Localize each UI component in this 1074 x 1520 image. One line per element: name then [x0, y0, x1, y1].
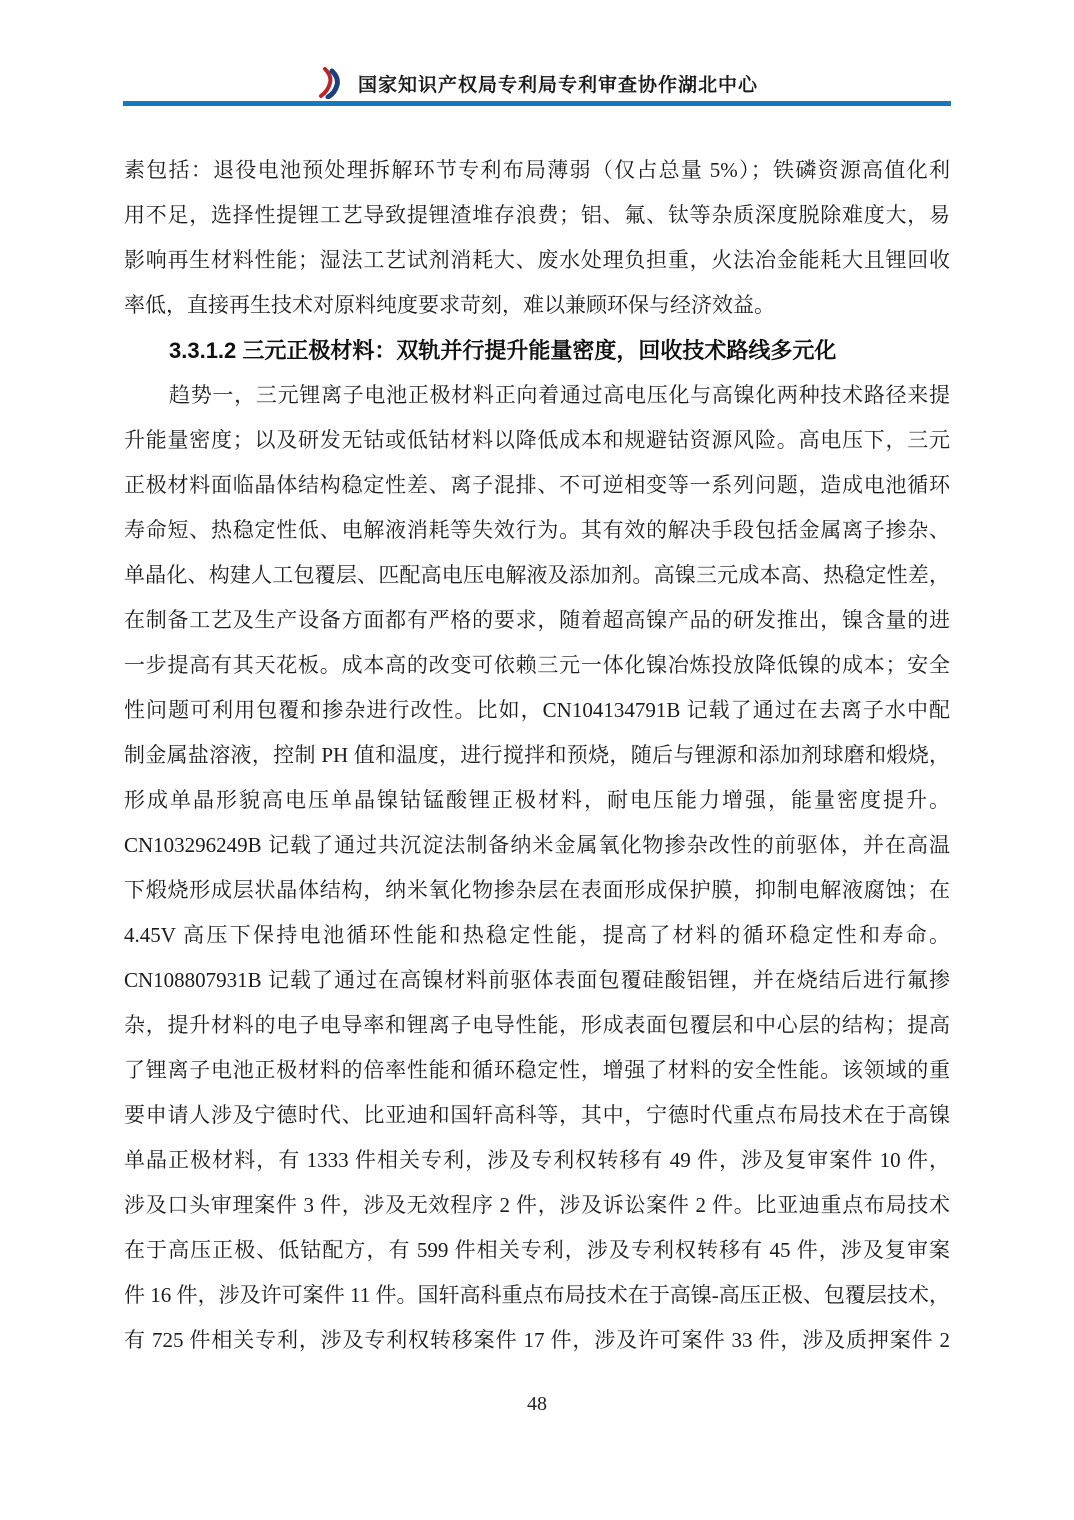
- text-line: 单晶化、构建人工包覆层、匹配高电压电解液及添加剂。高镍三元成本高、热稳定性差，: [124, 553, 950, 598]
- text-line: 有 725 件相关专利，涉及专利权转移案件 17 件，涉及许可案件 33 件，涉…: [124, 1318, 950, 1363]
- text-line: 涉及口头审理案件 3 件，涉及无效程序 2 件，涉及诉讼案件 2 件。比亚迪重点…: [124, 1183, 950, 1228]
- text-line: 升能量密度；以及研发无钴或低钴材料以降低成本和规避钴资源风险。高电压下，三元: [124, 418, 950, 463]
- cnipa-logo-icon: [316, 67, 344, 99]
- header-title: 国家知识产权局专利局专利审查协作湖北中心: [358, 70, 758, 97]
- text-line: CN103296249B 记载了通过共沉淀法制备纳米金属氧化物掺杂改性的前驱体，…: [124, 823, 950, 868]
- text-line: 影响再生材料性能；湿法工艺试剂消耗大、废水处理负担重，火法冶金能耗大且锂回收: [124, 238, 950, 283]
- text-line: 4.45V 高压下保持电池循环性能和热稳定性能，提高了材料的循环稳定性和寿命。: [124, 913, 950, 958]
- text-line: CN108807931B 记载了通过在高镍材料前驱体表面包覆硅酸铝锂，并在烧结后…: [124, 958, 950, 1003]
- text-line: 杂，提升材料的电子电导率和锂离子电导性能，形成表面包覆层和中心层的结构；提高: [124, 1003, 950, 1048]
- text-line: 寿命短、热稳定性低、电解液消耗等失效行为。其有效的解决手段包括金属离子掺杂、: [124, 508, 950, 553]
- text-line: 下煅烧形成层状晶体结构，纳米氧化物掺杂层在表面形成保护膜，抑制电解液腐蚀；在: [124, 868, 950, 913]
- section-heading: 3.3.1.2 三元正极材料：双轨并行提升能量密度，回收技术路线多元化: [124, 328, 950, 373]
- text-line: 要申请人涉及宁德时代、比亚迪和国轩高科等，其中，宁德时代重点布局技术在于高镍: [124, 1093, 950, 1138]
- text-line: 制金属盐溶液，控制 PH 值和温度，进行搅拌和预烧，随后与锂源和添加剂球磨和煅烧…: [124, 733, 950, 778]
- text-line: 一步提高有其天花板。成本高的改变可依赖三元一体化镍冶炼投放降低镍的成本；安全: [124, 643, 950, 688]
- header-divider: [123, 101, 951, 106]
- document-page: 国家知识产权局专利局专利审查协作湖北中心 素包括：退役电池预处理拆解环节专利布局…: [0, 0, 1074, 1520]
- text-line: 用不足，选择性提锂工艺导致提锂渣堆存浪费；铝、氟、钛等杂质深度脱除难度大，易: [124, 193, 950, 238]
- text-line: 性问题可利用包覆和掺杂进行改性。比如，CN104134791B 记载了通过在去离…: [124, 688, 950, 733]
- text-line: 在于高压正极、低钴配方，有 599 件相关专利，涉及专利权转移有 45 件，涉及…: [124, 1228, 950, 1273]
- page-footer: 48: [0, 1393, 1074, 1416]
- document-body: 素包括：退役电池预处理拆解环节专利布局薄弱（仅占总量 5%）；铁磷资源高值化利用…: [124, 148, 950, 1363]
- text-line: 形成单晶形貌高电压单晶镍钴锰酸锂正极材料，耐电压能力增强，能量密度提升。: [124, 778, 950, 823]
- text-line: 正极材料面临晶体结构稳定性差、离子混排、不可逆相变等一系列问题，造成电池循环: [124, 463, 950, 508]
- page-number: 48: [527, 1393, 547, 1415]
- text-line: 单晶正极材料，有 1333 件相关专利，涉及专利权转移有 49 件，涉及复审案件…: [124, 1138, 950, 1183]
- header-row: 国家知识产权局专利局专利审查协作湖北中心: [0, 66, 1074, 100]
- text-line: 在制备工艺及生产设备方面都有严格的要求，随着超高镍产品的研发推出，镍含量的进: [124, 598, 950, 643]
- text-line: 率低，直接再生技术对原料纯度要求苛刻，难以兼顾环保与经济效益。: [124, 283, 950, 328]
- text-line: 趋势一，三元锂离子电池正极材料正向着通过高电压化与高镍化两种技术路径来提: [124, 373, 950, 418]
- page-header: 国家知识产权局专利局专利审查协作湖北中心: [0, 0, 1074, 106]
- text-line: 素包括：退役电池预处理拆解环节专利布局薄弱（仅占总量 5%）；铁磷资源高值化利: [124, 148, 950, 193]
- text-line: 件 16 件，涉及许可案件 11 件。国轩高科重点布局技术在于高镍-高压正极、包…: [124, 1273, 950, 1318]
- text-line: 了锂离子电池正极材料的倍率性能和循环稳定性，增强了材料的安全性能。该领域的重: [124, 1048, 950, 1093]
